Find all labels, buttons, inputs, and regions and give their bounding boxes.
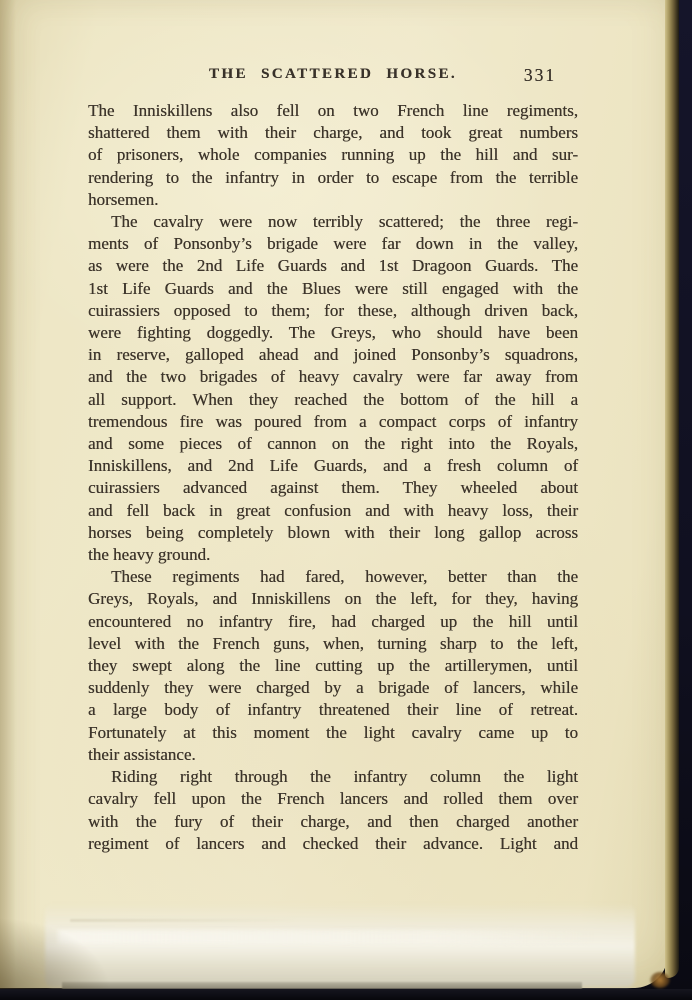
book-cover-bottom bbox=[0, 989, 692, 1000]
text-line: rendering to the infantry in order to es… bbox=[88, 167, 578, 189]
paragraph: Riding right through the infantry column… bbox=[88, 766, 578, 855]
gutter-shading bbox=[0, 0, 16, 988]
text-line: ments of Ponsonby’s brigade were far dow… bbox=[88, 233, 578, 255]
running-head: THE SCATTERED HORSE. 331 bbox=[88, 66, 578, 88]
body-text: The Inniskillens also fell on two French… bbox=[88, 100, 578, 855]
text-line: The cavalry were now terribly scattered;… bbox=[88, 211, 578, 233]
text-line: cuirassiers opposed to them; for these, … bbox=[88, 300, 578, 322]
text-line: 1st Life Guards and the Blues were still… bbox=[88, 278, 578, 300]
text-line: with the fury of their charge, and then … bbox=[88, 811, 578, 833]
text-line: suddenly they were charged by a brigade … bbox=[88, 677, 578, 699]
text-line: horses being completely blown with their… bbox=[88, 522, 578, 544]
underlying-pages-edge bbox=[62, 982, 582, 989]
bottom-highlight-streak bbox=[58, 930, 598, 944]
text-line: their assistance. bbox=[88, 744, 578, 766]
text-line: the heavy ground. bbox=[88, 544, 578, 566]
text-line: in reserve, galloped ahead and joined Po… bbox=[88, 344, 578, 366]
page-number: 331 bbox=[524, 65, 556, 86]
text-line: and some pieces of cannon on the right i… bbox=[88, 433, 578, 455]
text-line: cavalry fell upon the French lancers and… bbox=[88, 788, 578, 810]
book-scan: THE SCATTERED HORSE. 331 The Inniskillen… bbox=[0, 0, 692, 1000]
text-line: The Inniskillens also fell on two French… bbox=[88, 100, 578, 122]
paragraph: The Inniskillens also fell on two French… bbox=[88, 100, 578, 211]
text-line: and the two brigades of heavy cavalry we… bbox=[88, 366, 578, 388]
text-line: Greys, Royals, and Inniskillens on the l… bbox=[88, 588, 578, 610]
text-line: Riding right through the infantry column… bbox=[88, 766, 578, 788]
text-line: and fell back in great confusion and wit… bbox=[88, 500, 578, 522]
text-line: encountered no infantry fire, had charge… bbox=[88, 611, 578, 633]
corner-glint bbox=[650, 972, 670, 988]
running-head-title: THE SCATTERED HORSE. bbox=[88, 66, 578, 83]
text-line: all support. When they reached the botto… bbox=[88, 389, 578, 411]
text-line: Inniskillens, and 2nd Life Guards, and a… bbox=[88, 455, 578, 477]
paragraph: These regiments had fared, however, bett… bbox=[88, 566, 578, 766]
text-line: they swept along the line cutting up the… bbox=[88, 655, 578, 677]
text-line: tremendous fire was poured from a compac… bbox=[88, 411, 578, 433]
text-line: as were the 2nd Life Guards and 1st Drag… bbox=[88, 255, 578, 277]
text-line: shattered them with their charge, and to… bbox=[88, 122, 578, 144]
page-fore-edge bbox=[665, 0, 679, 978]
text-line: of prisoners, whole companies running up… bbox=[88, 144, 578, 166]
text-line: Fortunately at this moment the light cav… bbox=[88, 722, 578, 744]
bottom-page-edges-blur bbox=[45, 903, 635, 987]
text-line: cuirassiers advanced against them. They … bbox=[88, 477, 578, 499]
paragraph: The cavalry were now terribly scattered;… bbox=[88, 211, 578, 566]
text-line: a large body of infantry threatened thei… bbox=[88, 699, 578, 721]
text-line: These regiments had fared, however, bett… bbox=[88, 566, 578, 588]
text-line: level with the French guns, when, turnin… bbox=[88, 633, 578, 655]
text-line: horsemen. bbox=[88, 189, 578, 211]
text-line: regiment of lancers and checked their ad… bbox=[88, 833, 578, 855]
text-line: were fighting doggedly. The Greys, who s… bbox=[88, 322, 578, 344]
bottom-left-shadow bbox=[0, 915, 115, 1000]
